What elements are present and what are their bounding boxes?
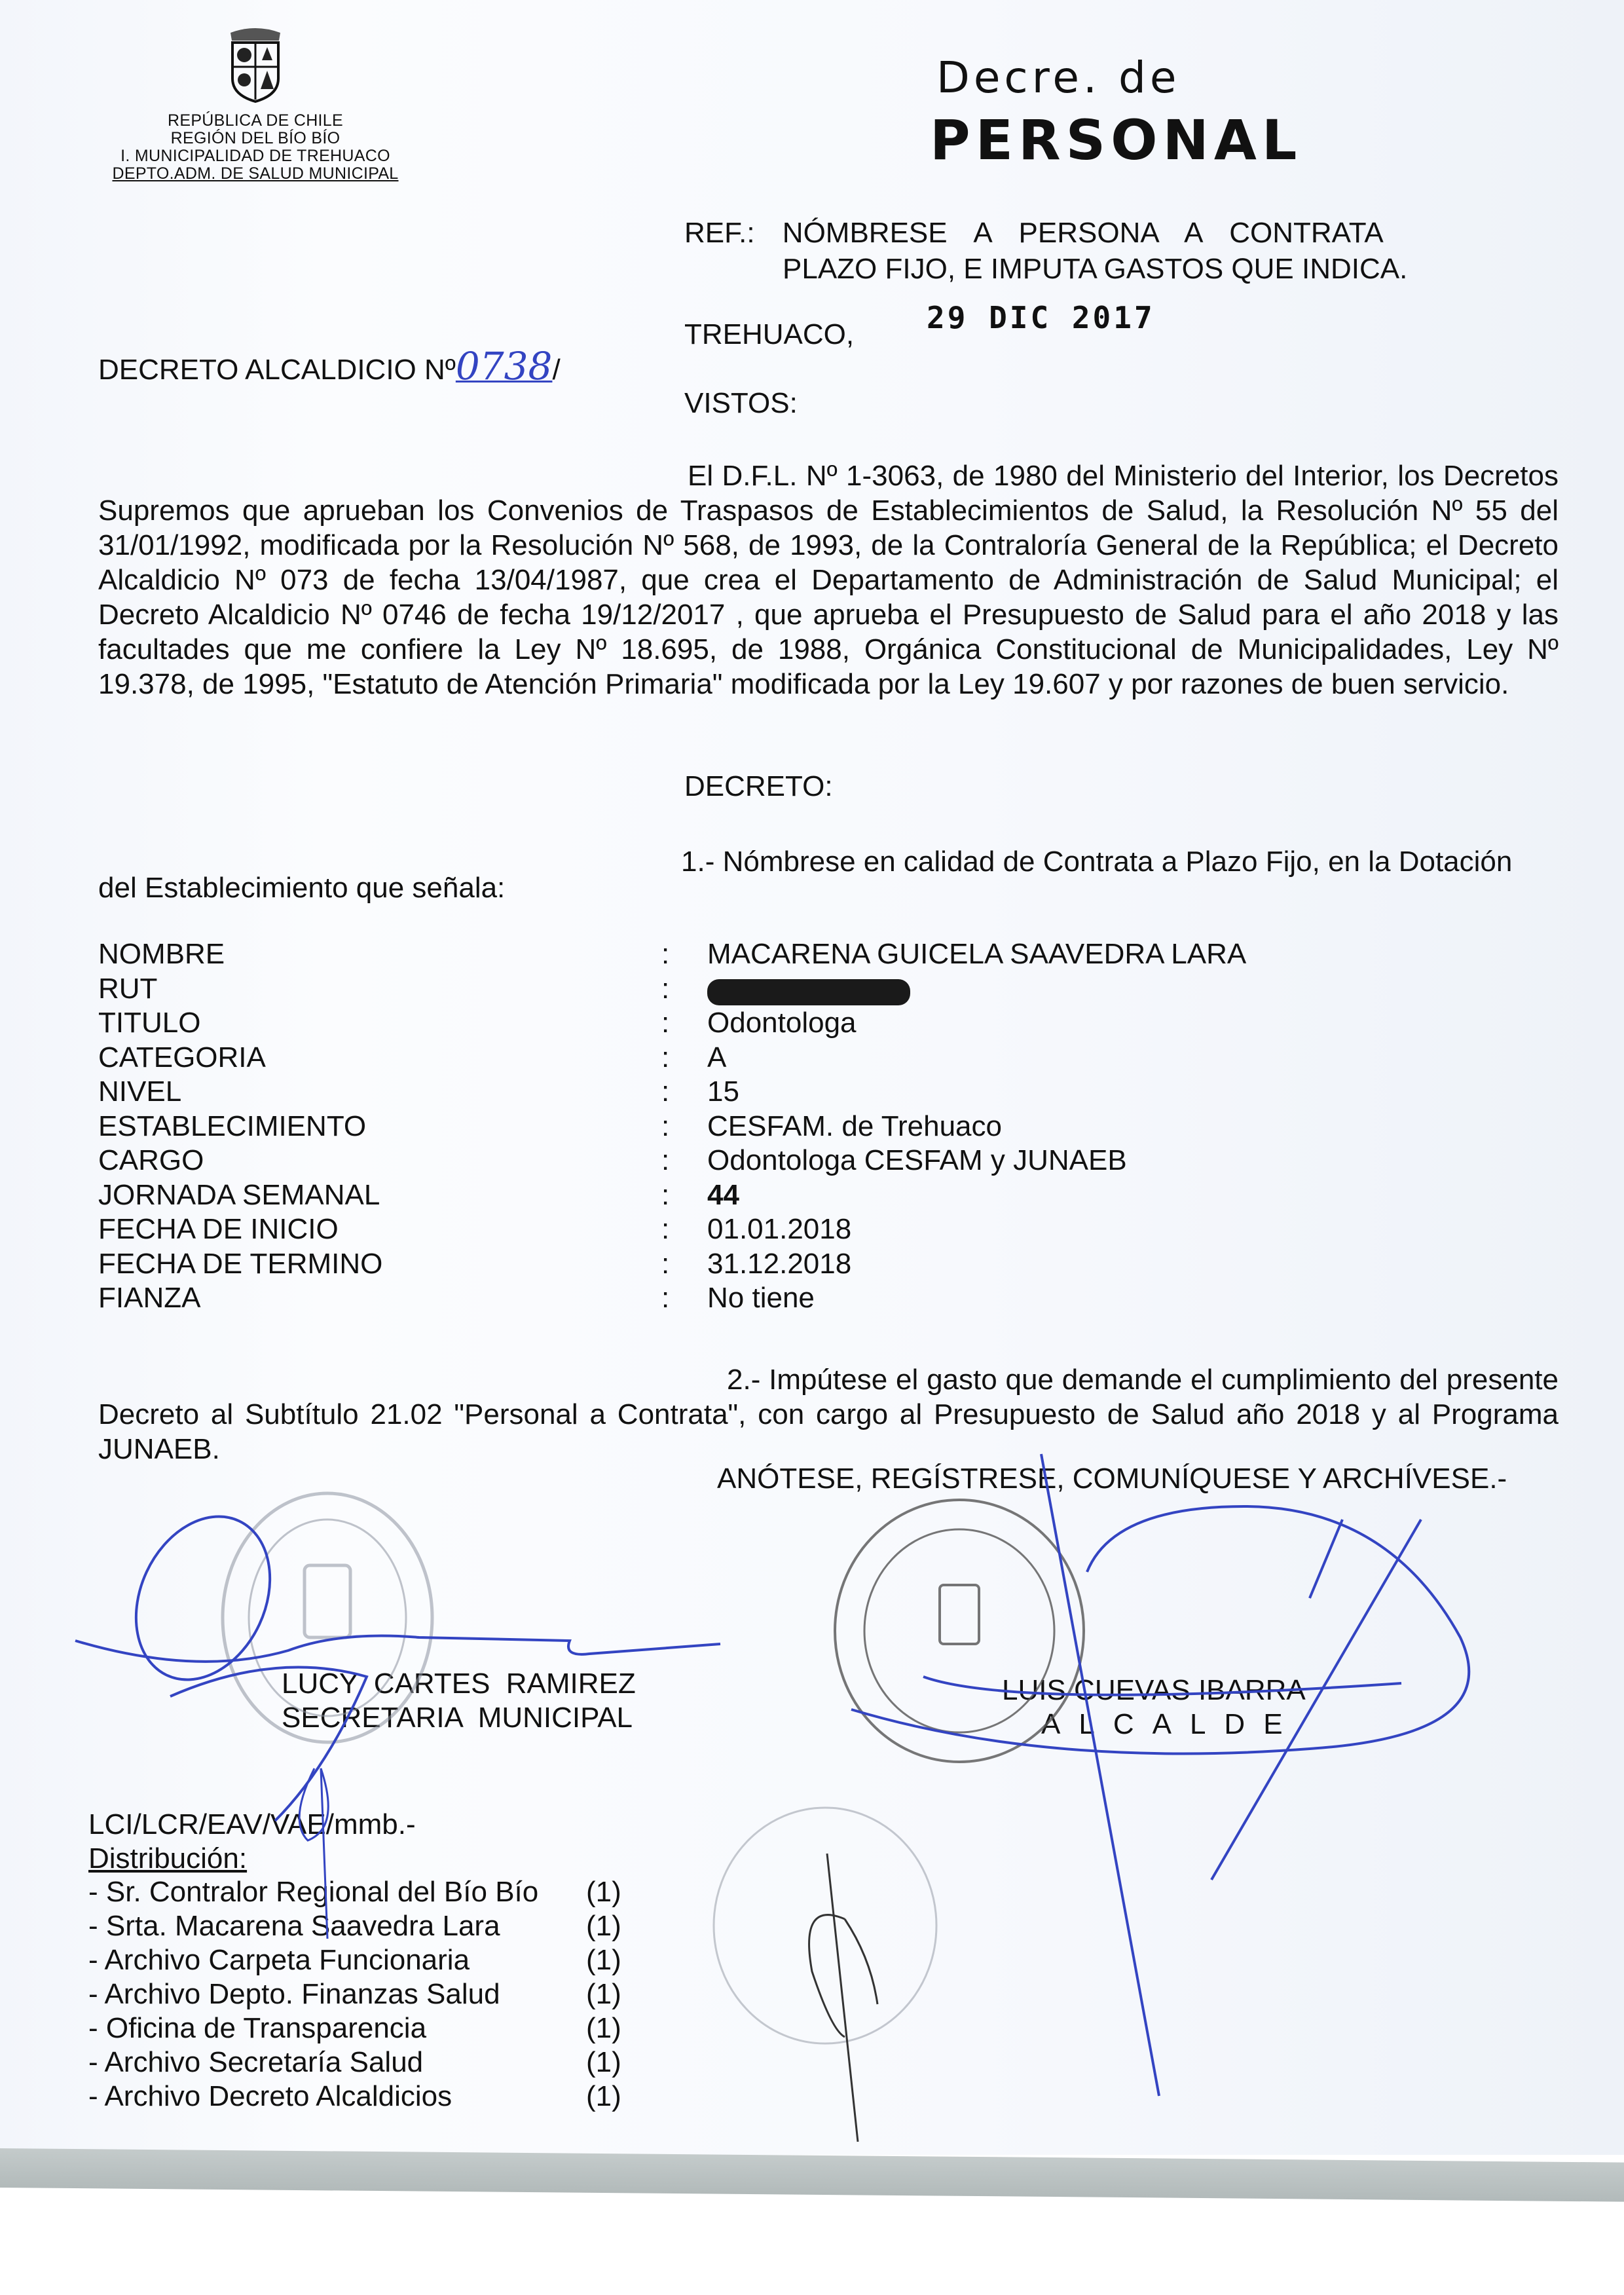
- signature-block-secretary: LUCY CARTES RAMIREZ SECRETARIA MUNICIPAL: [282, 1667, 636, 1735]
- letterhead-line: REGIÓN DEL BÍO BÍO: [111, 130, 399, 147]
- field-value: 44: [707, 1179, 739, 1212]
- article-2-paragraph: 2.- Impútese el gasto que demande el cum…: [98, 1362, 1559, 1466]
- field-row: TITULO:Odontologa: [98, 1007, 1473, 1041]
- field-row: FECHA DE INICIO:01.01.2018: [98, 1213, 1473, 1248]
- distribution-item: - Archivo Decreto Alcaldicios(1): [88, 2080, 652, 2114]
- distribution-list: - Sr. Contralor Regional del Bío Bío(1)-…: [88, 1876, 652, 2114]
- field-label: TITULO: [98, 1007, 200, 1039]
- copy-count: (1): [586, 1978, 621, 2011]
- field-separator: :: [661, 1041, 669, 1074]
- field-value: MACARENA GUICELA SAAVEDRA LARA: [707, 938, 1246, 971]
- letterhead-department: DEPTO.ADM. DE SALUD MUNICIPAL: [111, 165, 399, 183]
- distribution-item: - Archivo Carpeta Funcionaria(1): [88, 1944, 652, 1978]
- scan-edge: [0, 2148, 1624, 2202]
- doc-type-heading: PERSONAL: [930, 108, 1302, 172]
- field-value: A: [707, 1041, 726, 1074]
- field-row: JORNADA SEMANAL:44: [98, 1179, 1473, 1214]
- copy-count: (1): [586, 1876, 621, 1909]
- recipient-name: - Srta. Macarena Saavedra Lara: [88, 1910, 500, 1942]
- closing-formula: ANÓTESE, REGÍSTRESE, COMUNÍQUESE Y ARCHÍ…: [717, 1462, 1507, 1497]
- field-separator: :: [661, 1007, 669, 1039]
- signer-role: ALCALDE: [1002, 1707, 1306, 1742]
- signer-role: SECRETARIA MUNICIPAL: [282, 1701, 636, 1735]
- letterhead-line: I. MUNICIPALIDAD DE TREHUACO: [111, 147, 399, 165]
- field-separator: :: [661, 1248, 669, 1280]
- field-value: Odontologa: [707, 1007, 857, 1039]
- date-stamp: 29 DIC 2017: [927, 300, 1155, 335]
- redaction-bar: [707, 973, 910, 1005]
- recipient-name: - Archivo Decreto Alcaldicios: [88, 2080, 452, 2112]
- field-value: No tiene: [707, 1282, 815, 1315]
- field-separator: :: [661, 1179, 669, 1212]
- vistos-heading: VISTOS:: [684, 386, 798, 421]
- recipient-name: - Archivo Carpeta Funcionaria: [88, 1944, 470, 1976]
- copy-count: (1): [586, 2080, 621, 2113]
- field-row: CATEGORIA:A: [98, 1041, 1473, 1076]
- copy-count: (1): [586, 1944, 621, 1977]
- field-value: CESFAM. de Trehuaco: [707, 1110, 1002, 1143]
- recipient-name: - Oficina de Transparencia: [88, 2012, 426, 2044]
- field-value: 01.01.2018: [707, 1213, 851, 1246]
- copy-count: (1): [586, 2046, 621, 2079]
- field-label: FECHA DE TERMINO: [98, 1248, 382, 1280]
- decree-number-slash: /: [552, 354, 560, 386]
- field-label: RUT: [98, 973, 157, 1005]
- drafter-initials: LCI/LCR/EAV/VAE/mmb.-: [88, 1808, 416, 1842]
- field-label: ESTABLECIMIENTO: [98, 1110, 366, 1143]
- recipient-name: - Archivo Depto. Finanzas Salud: [88, 1978, 500, 2010]
- field-row: NOMBRE:MACARENA GUICELA SAAVEDRA LARA: [98, 938, 1473, 973]
- distribution-item: - Archivo Depto. Finanzas Salud(1): [88, 1978, 652, 2012]
- field-label: JORNADA SEMANAL: [98, 1179, 380, 1212]
- letterhead: REPÚBLICA DE CHILE REGIÓN DEL BÍO BÍO I.…: [111, 26, 399, 183]
- signer-name: LUIS CUEVAS IBARRA: [1002, 1673, 1306, 1707]
- appointment-fields: NOMBRE:MACARENA GUICELA SAAVEDRA LARARUT…: [98, 938, 1473, 1316]
- field-row: CARGO:Odontologa CESFAM y JUNAEB: [98, 1144, 1473, 1179]
- field-row: NIVEL:15: [98, 1075, 1473, 1110]
- field-separator: :: [661, 973, 669, 1005]
- field-separator: :: [661, 1075, 669, 1108]
- field-value: 15: [707, 1075, 739, 1108]
- decreto-heading: DECRETO:: [684, 770, 833, 804]
- field-separator: :: [661, 1213, 669, 1246]
- decree-number: DECRETO ALCALDICIO Nº0738/: [98, 344, 561, 390]
- field-label: CARGO: [98, 1144, 204, 1177]
- copy-count: (1): [586, 2012, 621, 2045]
- distribution-title: Distribución:: [88, 1842, 247, 1876]
- article-1-line-1: 1.- Nómbrese en calidad de Contrata a Pl…: [681, 845, 1512, 880]
- recipient-name: - Archivo Secretaría Salud: [88, 2046, 423, 2078]
- signer-name: LUCY CARTES RAMIREZ: [282, 1667, 636, 1701]
- field-row: FIANZA:No tiene: [98, 1282, 1473, 1316]
- distribution-item: - Sr. Contralor Regional del Bío Bío(1): [88, 1876, 652, 1910]
- field-label: FIANZA: [98, 1282, 200, 1315]
- field-label: CATEGORIA: [98, 1041, 266, 1074]
- signature-block-mayor: LUIS CUEVAS IBARRA ALCALDE: [1002, 1673, 1306, 1742]
- field-separator: :: [661, 1282, 669, 1315]
- distribution-item: - Oficina de Transparencia(1): [88, 2012, 652, 2046]
- decree-label: DECRETO ALCALDICIO Nº: [98, 354, 456, 386]
- field-value: 31.12.2018: [707, 1248, 851, 1280]
- copy-count: (1): [586, 1910, 621, 1943]
- field-separator: :: [661, 938, 669, 971]
- field-separator: :: [661, 1110, 669, 1143]
- field-value: Odontologa CESFAM y JUNAEB: [707, 1144, 1127, 1177]
- field-row: ESTABLECIMIENTO:CESFAM. de Trehuaco: [98, 1110, 1473, 1145]
- field-row: RUT:: [98, 973, 1473, 1007]
- field-label: NOMBRE: [98, 938, 225, 971]
- doc-type-title: Decre. de: [936, 52, 1180, 103]
- field-label: FECHA DE INICIO: [98, 1213, 339, 1246]
- article-1-line-2: del Establecimiento que señala:: [98, 871, 505, 906]
- field-label: NIVEL: [98, 1075, 181, 1108]
- reference-line-2: PLAZO FIJO, E IMPUTA GASTOS QUE INDICA.: [783, 252, 1407, 287]
- recipient-name: - Sr. Contralor Regional del Bío Bío: [88, 1876, 538, 1908]
- decree-number-handwritten: 0738: [456, 344, 553, 388]
- vistos-paragraph: El D.F.L. Nº 1-3063, de 1980 del Ministe…: [98, 458, 1559, 701]
- distribution-item: - Archivo Secretaría Salud(1): [88, 2046, 652, 2080]
- field-row: FECHA DE TERMINO:31.12.2018: [98, 1248, 1473, 1282]
- municipal-crest-icon: [216, 26, 295, 105]
- distribution-item: - Srta. Macarena Saavedra Lara(1): [88, 1910, 652, 1944]
- field-separator: :: [661, 1144, 669, 1177]
- letterhead-line: REPÚBLICA DE CHILE: [111, 112, 399, 130]
- reference-line-1: REF.: NÓMBRESE A PERSONA A CONTRATA: [684, 216, 1384, 251]
- place: TREHUACO,: [684, 318, 854, 352]
